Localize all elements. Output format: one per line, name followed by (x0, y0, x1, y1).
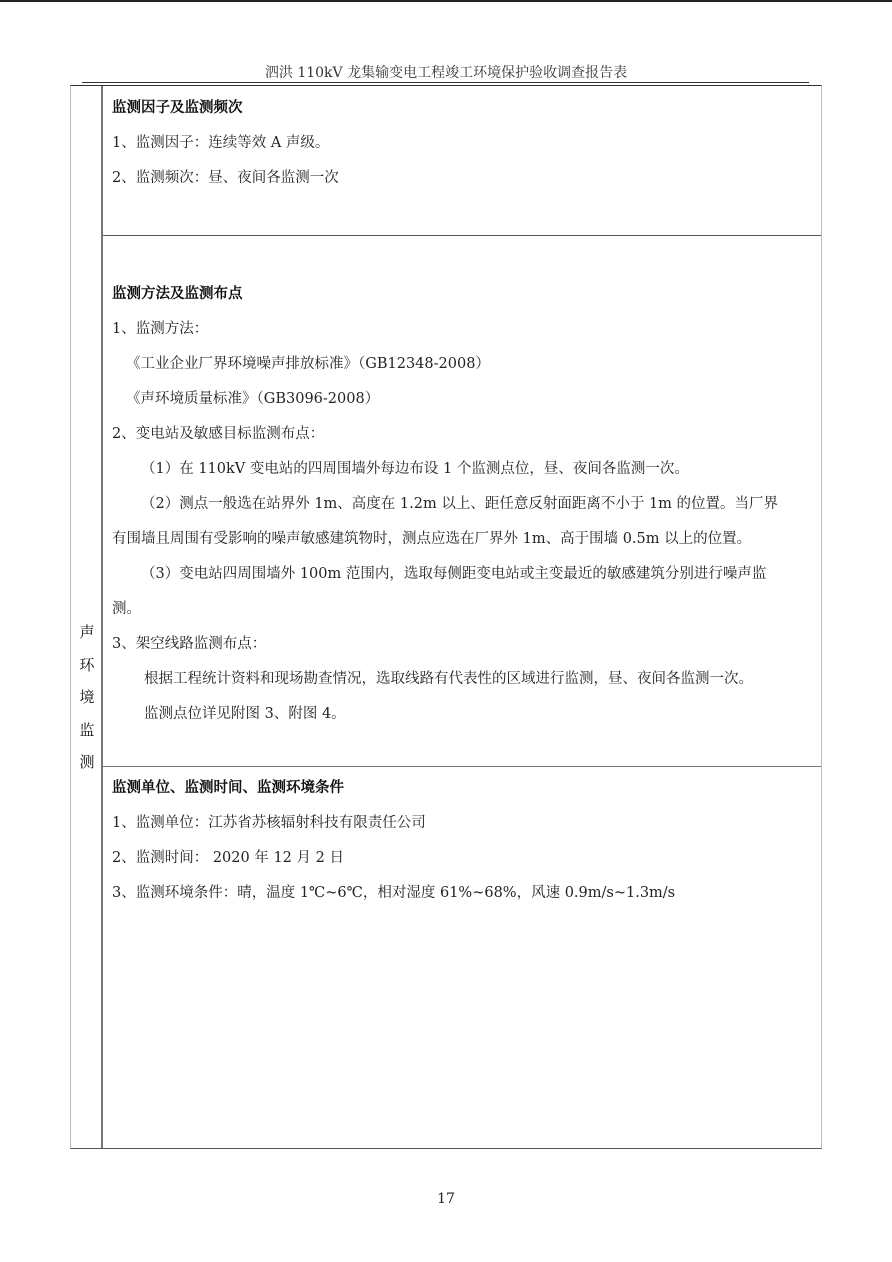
text-line: 3、监测环境条件：晴，温度 1℃~6℃，相对湿度 61%~68%，风速 0.9m… (112, 881, 675, 902)
side-label-sound-environment-monitoring: 声 环 境 监 测 (71, 616, 103, 779)
text-line: （2）测点一般选在站界外 1m、高度在 1.2m 以上、距任意反射面距离不小于 … (141, 492, 778, 513)
side-label-char: 测 (71, 746, 103, 779)
text-line: 3、架空线路监测布点： (112, 632, 266, 653)
text-line: 监测点位详见附图 3、附图 4。 (144, 702, 346, 723)
section-monitoring-unit-time-conditions: 监测单位、监测时间、监测环境条件 1、监测单位：江苏省苏核辐射科技有限责任公司 … (103, 767, 821, 1150)
text-line: 根据工程统计资料和现场勘查情况，选取线路有代表性的区域进行监测，昼、夜间各监测一… (144, 667, 753, 688)
side-label-char: 声 (71, 616, 103, 649)
text-line: （1）在 110kV 变电站的四周围墙外每边布设 1 个监测点位，昼、夜间各监测… (141, 457, 689, 478)
text-line: 1、监测因子：连续等效 A 声级。 (112, 131, 329, 152)
text-line: （3）变电站四周围墙外 100m 范围内，选取每侧距变电站或主变最近的敏感建筑分… (141, 562, 766, 583)
section-monitoring-methods: 监测方法及监测布点 1、监测方法： 《工业企业厂界环境噪声排放标准》（GB123… (103, 236, 821, 767)
page-number: 17 (0, 1191, 892, 1207)
section-title: 监测单位、监测时间、监测环境条件 (112, 776, 344, 797)
running-header-title: 泗洪 110kV 龙集输变电工程竣工环境保护验收调查报告表 (0, 62, 892, 82)
side-label-char: 环 (71, 649, 103, 682)
text-line: 1、监测单位：江苏省苏核辐射科技有限责任公司 (112, 811, 426, 832)
standard-reference: 《声环境质量标准》（GB3096-2008） (126, 387, 379, 408)
side-label-column: 声 环 境 监 测 (71, 86, 103, 1148)
text-line: 1、监测方法： (112, 317, 208, 338)
section-title: 监测方法及监测布点 (112, 282, 243, 303)
text-line: 2、监测时间： 2020 年 12 月 2 日 (112, 846, 344, 867)
report-table: 声 环 境 监 测 监测因子及监测频次 1、监测因子：连续等效 A 声级。 2、… (70, 85, 822, 1149)
content-column: 监测因子及监测频次 1、监测因子：连续等效 A 声级。 2、监测频次：昼、夜间各… (103, 86, 821, 1148)
section-title: 监测因子及监测频次 (112, 96, 243, 117)
side-label-char: 境 (71, 681, 103, 714)
text-line: 测。 (112, 597, 141, 618)
text-line: 有围墙且周围有受影响的噪声敏感建筑物时，测点应选在厂界外 1m、高于围墙 0.5… (112, 527, 751, 548)
section-monitoring-factors: 监测因子及监测频次 1、监测因子：连续等效 A 声级。 2、监测频次：昼、夜间各… (103, 86, 821, 236)
standard-reference: 《工业企业厂界环境噪声排放标准》（GB12348-2008） (126, 352, 490, 373)
side-label-char: 监 (71, 714, 103, 747)
header-rule (82, 82, 809, 83)
text-line: 2、变电站及敏感目标监测布点： (112, 422, 324, 443)
top-border-rule (0, 0, 892, 2)
text-line: 2、监测频次：昼、夜间各监测一次 (112, 166, 339, 187)
